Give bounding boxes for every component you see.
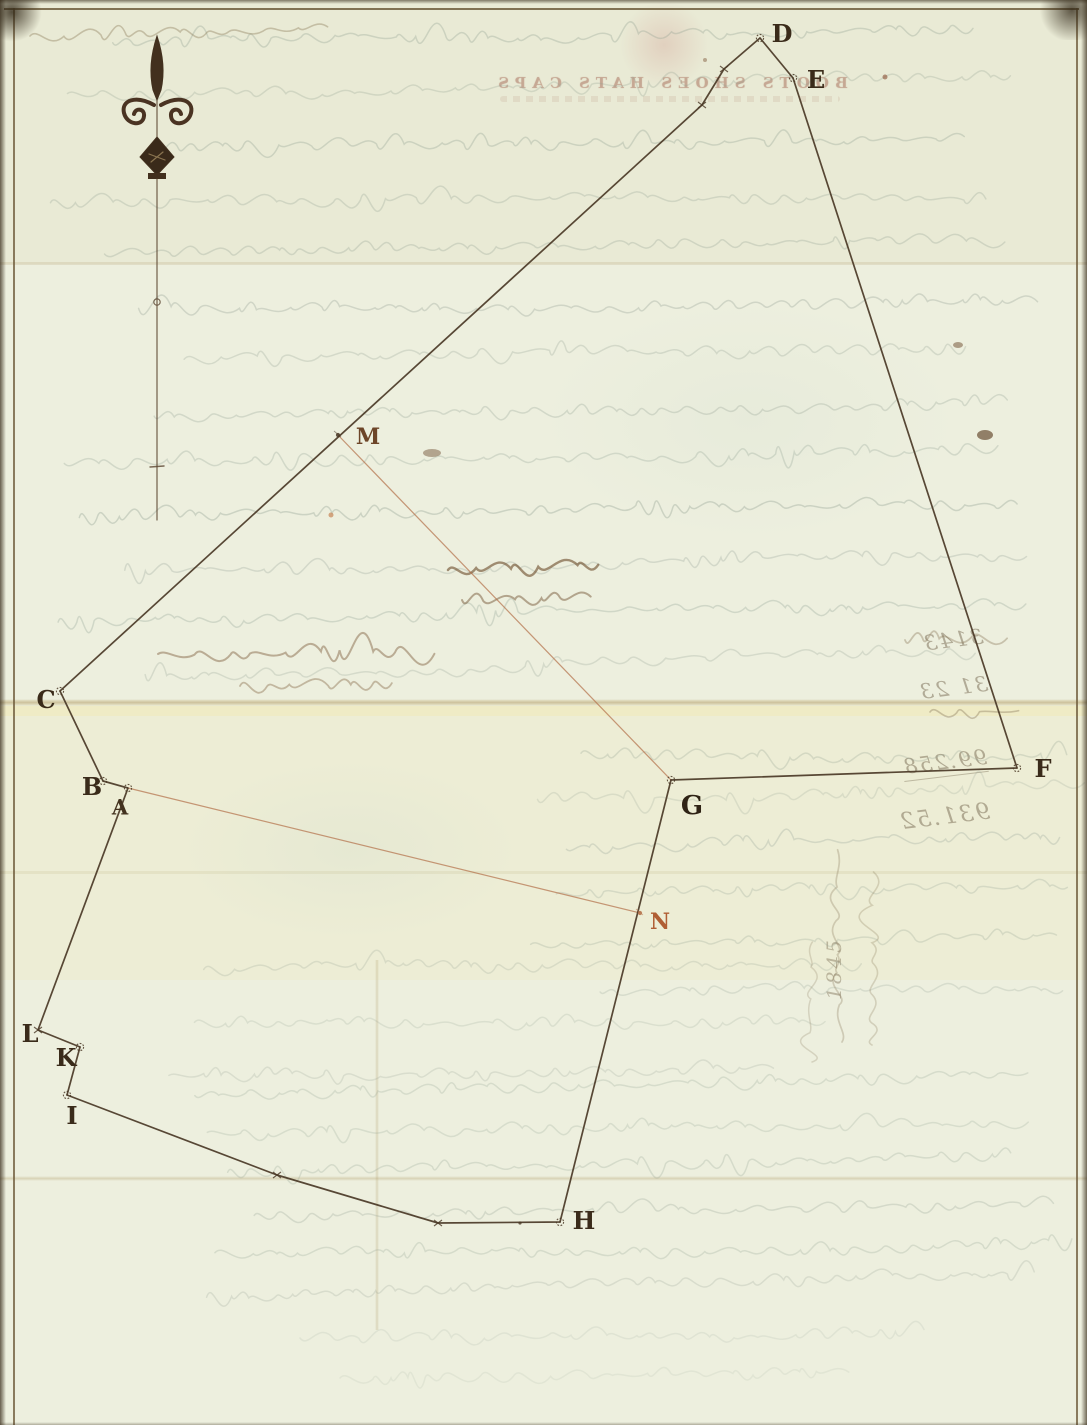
plat-lines-layer (0, 0, 1087, 1425)
vertex-label-E: E (807, 68, 825, 92)
vertex-label-H: H (573, 1209, 596, 1233)
vertex-label-N: N (650, 911, 670, 933)
vertex-label-G: G (681, 793, 703, 819)
vertex-label-L: L (22, 1022, 39, 1046)
vertex-label-I: I (66, 1104, 77, 1128)
plat-red-line-MG (338, 435, 671, 780)
vertex-label-B: B (82, 775, 102, 799)
plat-red-line-AN (128, 788, 640, 913)
vertex-label-C: C (36, 688, 55, 712)
station-mark-M (334, 431, 341, 437)
vertex-label-F: F (1034, 757, 1051, 781)
station-mark-T1 (720, 66, 728, 72)
vertex-label-K: K (56, 1046, 77, 1070)
vertex-label-D: D (772, 22, 793, 46)
aged-survey-document-page: BOOTS SHOES HATS CAPS 3143 31 23 99.258 … (0, 0, 1087, 1425)
station-mark-T3 (518, 1221, 521, 1224)
station-mark-T2 (698, 102, 706, 108)
vertex-label-M: M (356, 426, 380, 448)
vertex-label-A: A (112, 797, 128, 818)
